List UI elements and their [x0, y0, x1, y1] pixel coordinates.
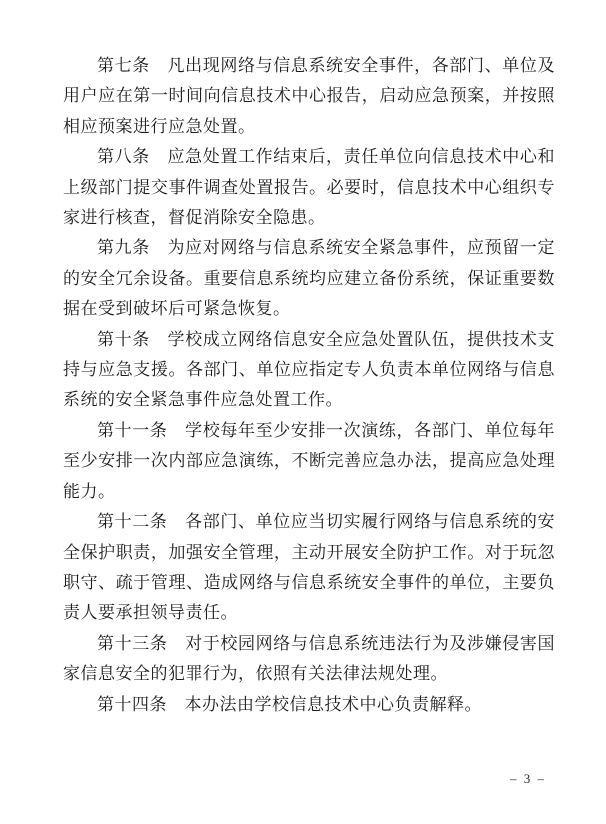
article-paragraph-13: 第十三条 对于校园网络与信息系统违法行为及涉嫌侵害国家信息安全的犯罪行为，依照有…: [63, 629, 555, 690]
document-page: 第七条 凡出现网络与信息系统安全事件，各部门、单位及用户应在第一时间向信息技术中…: [0, 0, 606, 824]
page-number: – 3 –: [510, 771, 546, 787]
article-paragraph-14: 第十四条 本办法由学校信息技术中心负责解释。: [63, 690, 555, 720]
article-paragraph-12: 第十二条 各部门、单位应当切实履行网络与信息系统的安全保护职责，加强安全管理，主…: [63, 507, 555, 629]
article-paragraph-9: 第九条 为应对网络与信息系统安全紧急事件，应预留一定的安全冗余设备。重要信息系统…: [63, 233, 555, 324]
article-paragraph-11: 第十一条 学校每年至少安排一次演练，各部门、单位每年至少安排一次内部应急演练，不…: [63, 416, 555, 507]
document-body: 第七条 凡出现网络与信息系统安全事件，各部门、单位及用户应在第一时间向信息技术中…: [63, 51, 555, 720]
article-paragraph-10: 第十条 学校成立网络信息安全应急处置队伍，提供技术支持与应急支援。各部门、单位应…: [63, 325, 555, 416]
article-paragraph-8: 第八条 应急处置工作结束后，责任单位向信息技术中心和上级部门提交事件调查处置报告…: [63, 142, 555, 233]
article-paragraph-7: 第七条 凡出现网络与信息系统安全事件，各部门、单位及用户应在第一时间向信息技术中…: [63, 51, 555, 142]
